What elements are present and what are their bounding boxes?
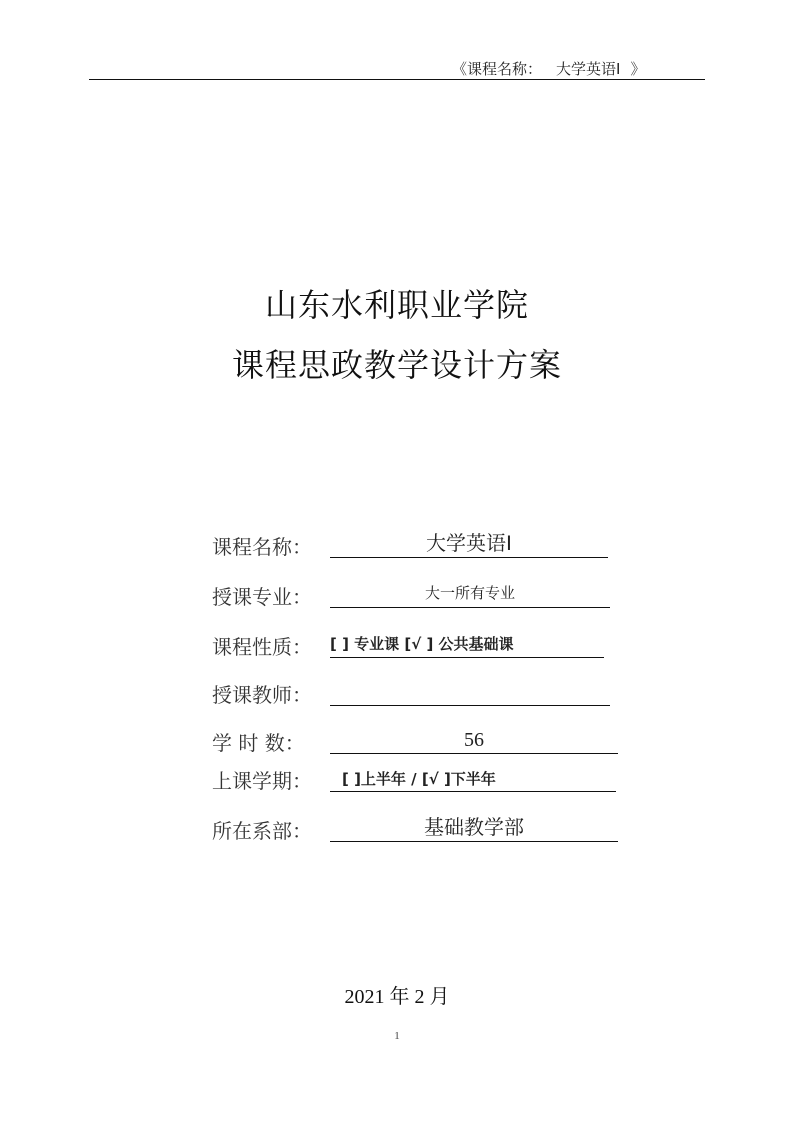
document-date: 2021 年 2 月 — [0, 980, 794, 1009]
header-suffix: 》 — [630, 60, 645, 78]
field-label: 课程性质： — [212, 631, 330, 660]
field-label: 上课学期： — [212, 765, 330, 794]
field-label: 授课教师： — [212, 679, 330, 708]
header-divider — [89, 79, 705, 80]
field-label: 学 时 数： — [212, 727, 330, 756]
field-value — [330, 679, 610, 706]
institution-title: 山东水利职业学院 — [0, 280, 794, 326]
field-major: 授课专业： 大一所有专业 — [212, 578, 610, 610]
field-label: 授课专业： — [212, 581, 330, 610]
field-value: 大学英语Ⅰ — [330, 531, 608, 558]
header-course-name: 大学英语Ⅰ — [542, 58, 630, 80]
header-prefix: 《课程名称： — [452, 60, 542, 78]
field-hours: 学 时 数： 56 — [212, 724, 618, 756]
field-value: 56 — [330, 727, 618, 754]
field-value: [ ] 专业课 [√ ] 公共基础课 — [330, 631, 604, 658]
field-teacher: 授课教师： — [212, 676, 610, 708]
field-value: [ ]上半年 / [√ ]下半年 — [330, 766, 616, 792]
running-header: 《课程名称：大学英语Ⅰ》 — [452, 58, 692, 80]
field-course-type: 课程性质： [ ] 专业课 [√ ] 公共基础课 — [212, 628, 604, 660]
field-label: 课程名称： — [212, 531, 330, 560]
field-semester: 上课学期： [ ]上半年 / [√ ]下半年 — [212, 762, 616, 794]
page-number: 1 — [0, 1030, 794, 1042]
field-label: 所在系部： — [212, 815, 330, 844]
field-value: 大一所有专业 — [330, 581, 610, 608]
field-department: 所在系部： 基础教学部 — [212, 812, 618, 844]
field-course-name: 课程名称： 大学英语Ⅰ — [212, 528, 608, 560]
document-title: 课程思政教学设计方案 — [0, 340, 794, 386]
field-value: 基础教学部 — [330, 815, 618, 842]
